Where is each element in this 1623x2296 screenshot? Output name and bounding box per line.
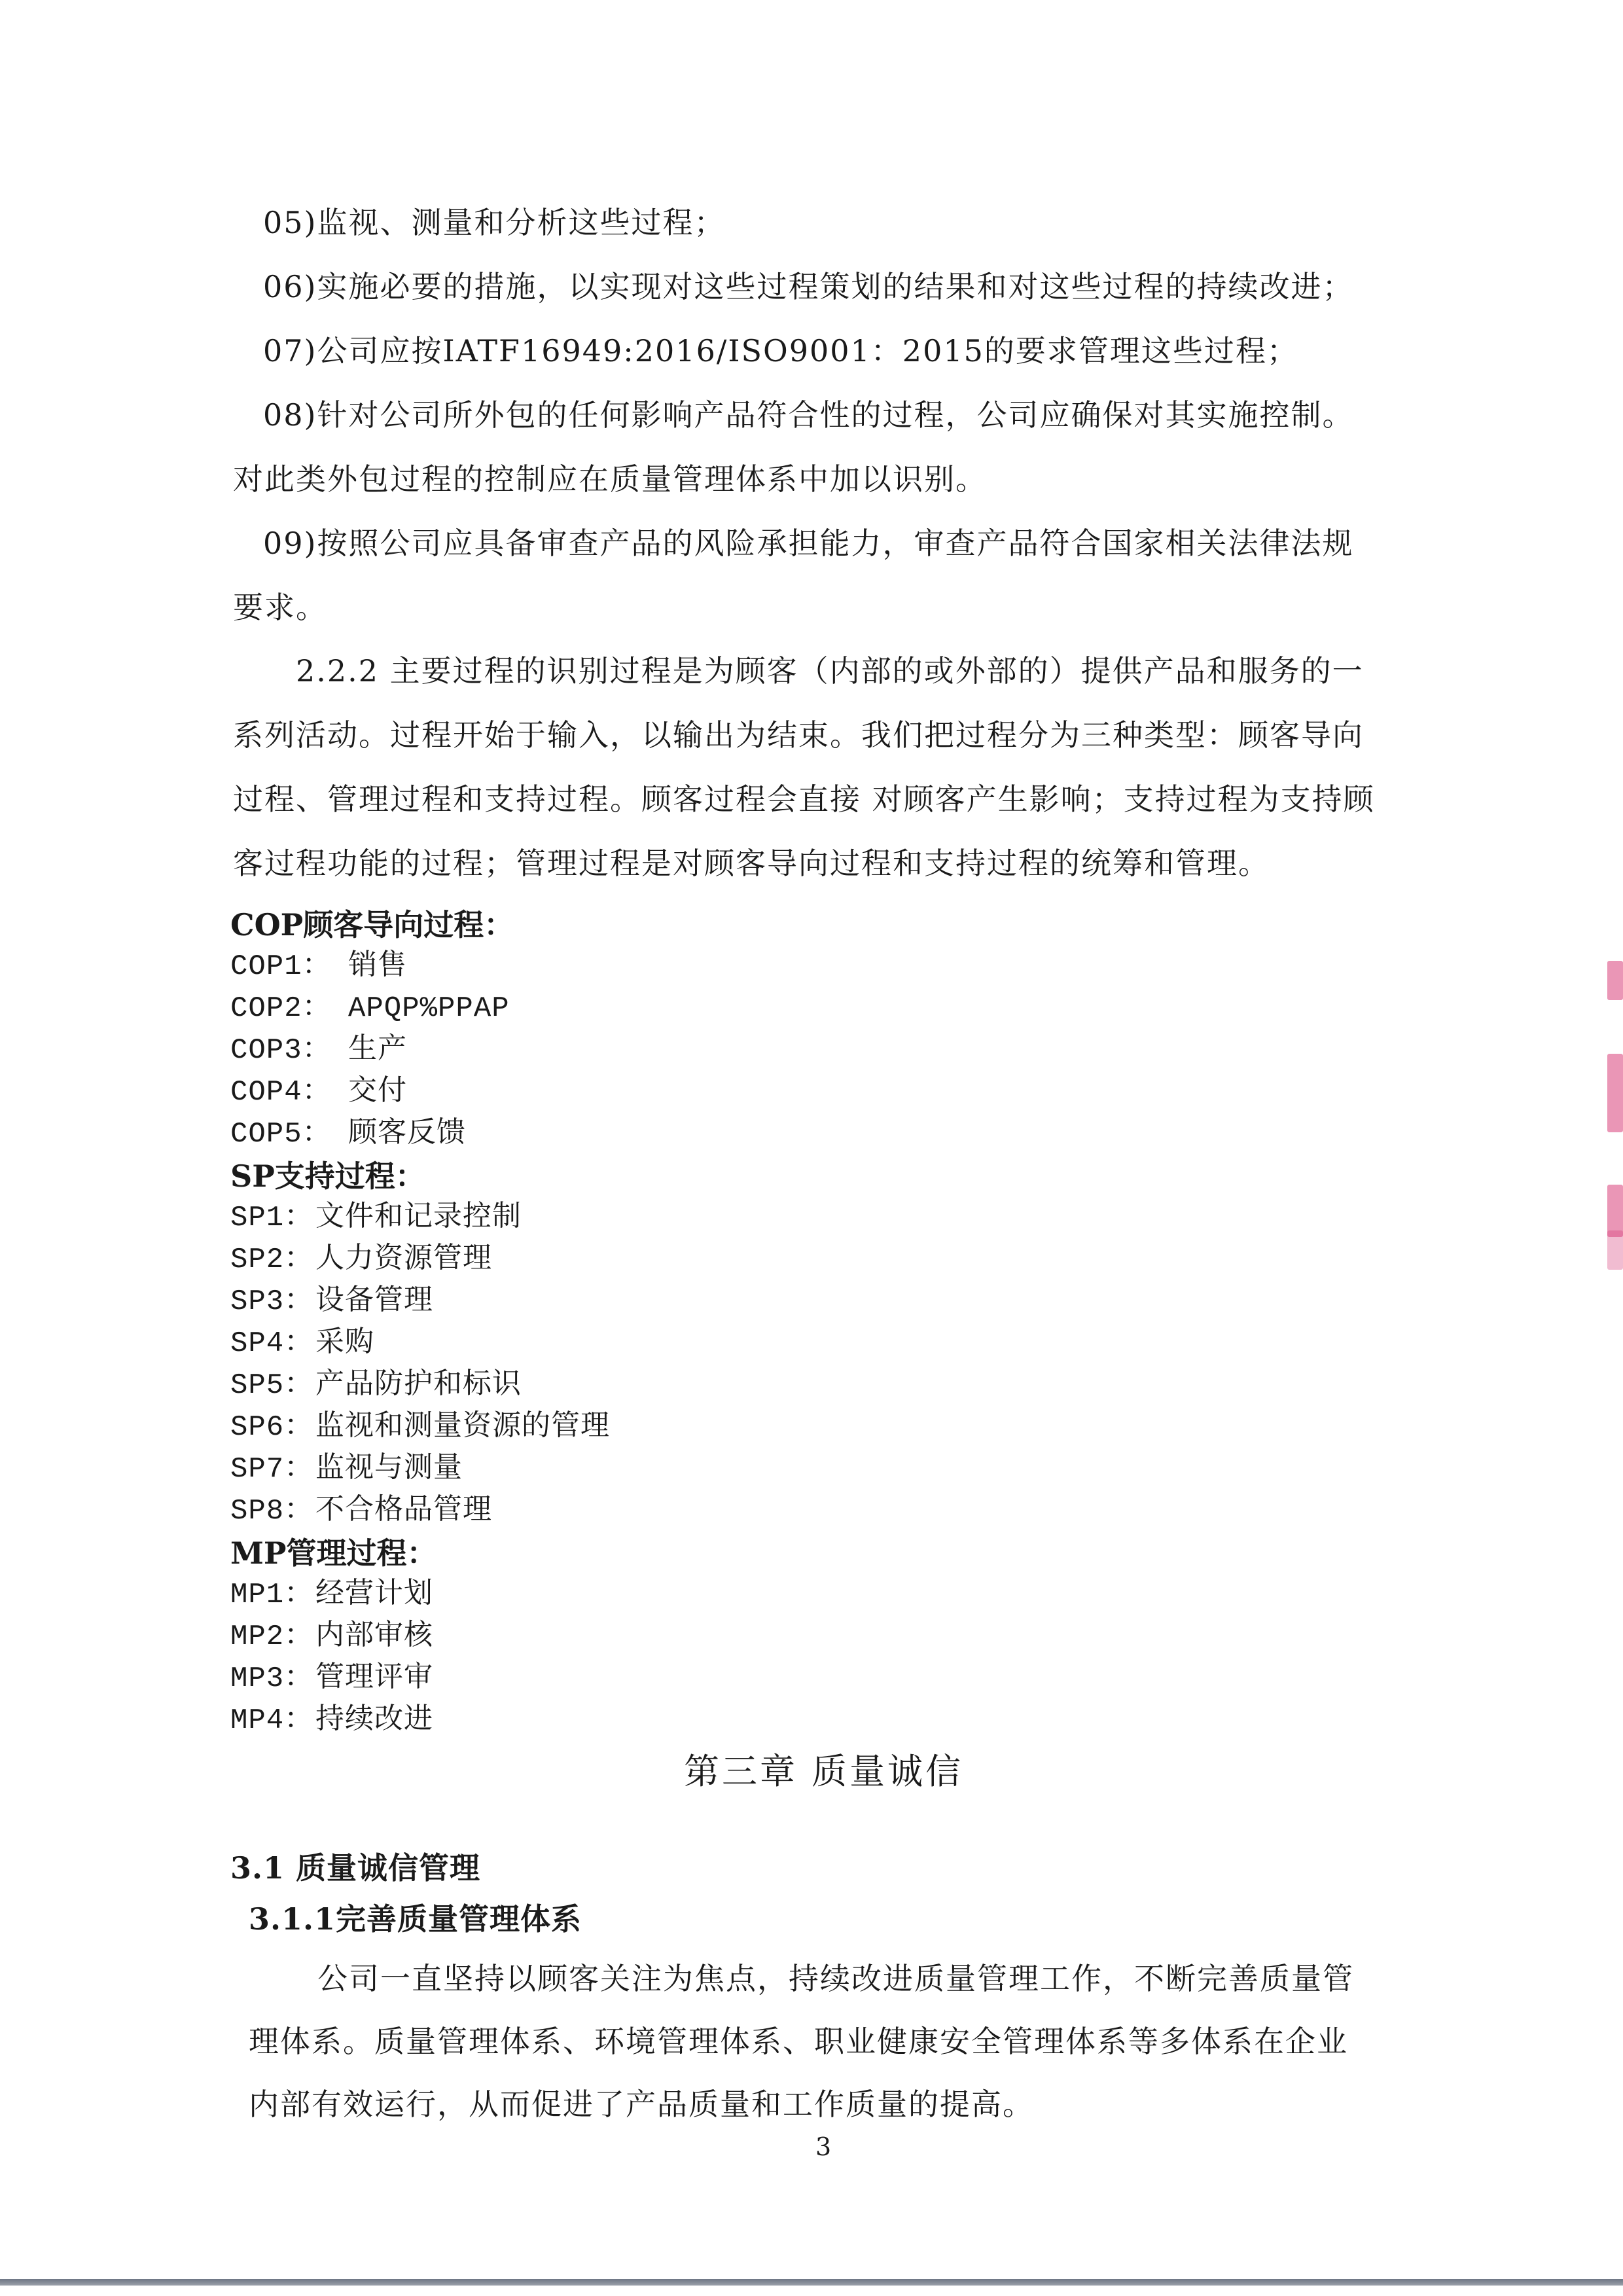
mp-code: MP3： — [230, 1659, 315, 1698]
cop-item: COP4：交付 — [230, 1073, 407, 1112]
section-311-body-line1: 公司一直坚持以顾客关注为焦点，持续改进质量管理工作，不断完善质量管 — [317, 1959, 1354, 1998]
mp-label: 经营计划 — [315, 1579, 433, 1611]
sp-label: 文件和记录控制 — [315, 1202, 522, 1234]
section-222-line4: 客过程功能的过程；管理过程是对顾客导向过程和支持过程的统筹和管理。 — [233, 844, 1270, 883]
seal-stamp-fragment — [1607, 961, 1623, 1000]
sp-code: SP8： — [230, 1492, 315, 1531]
item-09-line2: 要求。 — [233, 588, 327, 627]
sp-label: 监视与测量 — [315, 1453, 463, 1486]
item-08-line2: 对此类外包过程的控制应在质量管理体系中加以识别。 — [233, 459, 987, 499]
section-222-line1: 2.2.2 主要过程的识别过程是为顾客（内部的或外部的）提供产品和服务的一 — [296, 651, 1364, 691]
seal-stamp-fragment — [1607, 1185, 1623, 1237]
cop-label: 顾客反馈 — [348, 1118, 466, 1151]
sp-item: SP6：监视和测量资源的管理 — [230, 1408, 610, 1447]
sp-item: SP8：不合格品管理 — [230, 1492, 492, 1531]
sp-label: 设备管理 — [315, 1285, 433, 1318]
mp-code: MP1： — [230, 1575, 315, 1615]
section-222-line2: 系列活动。过程开始于输入，以输出为结束。我们把过程分为三种类型：顾客导向 — [233, 715, 1364, 755]
seal-stamp-fragment — [1607, 1230, 1623, 1270]
sp-code: SP4： — [230, 1324, 315, 1363]
mp-item: MP3：管理评审 — [230, 1659, 433, 1698]
cop-label: 生产 — [348, 1034, 407, 1067]
page-number: 3 — [815, 2130, 831, 2163]
cop-code: COP1： — [230, 947, 348, 986]
cop-label: 交付 — [348, 1076, 407, 1109]
sp-item: SP2：人力资源管理 — [230, 1240, 492, 1280]
cop-label: 销售 — [348, 950, 407, 983]
cop-code: COP4： — [230, 1073, 348, 1112]
sp-code: SP1： — [230, 1198, 315, 1238]
item-09-line1: 09)按照公司应具备审查产品的风险承担能力，审查产品符合国家相关法律法规 — [263, 524, 1353, 563]
sp-item: SP5：产品防护和标识 — [230, 1366, 522, 1405]
mp-item: MP4：持续改进 — [230, 1701, 433, 1740]
sp-heading: SP支持过程： — [230, 1157, 425, 1196]
mp-label: 管理评审 — [315, 1662, 433, 1695]
document-page: 05)监视、测量和分析这些过程； 06)实施必要的措施，以实现对这些过程策划的结… — [0, 0, 1623, 2296]
mp-item: MP1：经营计划 — [230, 1575, 433, 1615]
cop-item: COP3：生产 — [230, 1031, 407, 1070]
mp-label: 持续改进 — [315, 1704, 433, 1737]
sp-item: SP4：采购 — [230, 1324, 374, 1363]
mp-item: MP2：内部审核 — [230, 1617, 433, 1657]
section-311-body-line2: 理体系。质量管理体系、环境管理体系、职业健康安全管理体系等多体系在企业 — [249, 2022, 1348, 2061]
mp-code: MP2： — [230, 1617, 315, 1657]
sp-code: SP7： — [230, 1450, 315, 1489]
sp-code: SP3： — [230, 1282, 315, 1321]
section-31-heading: 3.1 质量诚信管理 — [230, 1848, 480, 1888]
seal-stamp-fragment — [1607, 1054, 1623, 1132]
cop-code: COP5： — [230, 1115, 348, 1154]
mp-code: MP4： — [230, 1701, 315, 1740]
section-222-line3: 过程、管理过程和支持过程。顾客过程会直接 对顾客产生影响；支持过程为支持顾 — [233, 780, 1375, 819]
sp-code: SP6： — [230, 1408, 315, 1447]
item-05: 05)监视、测量和分析这些过程； — [263, 203, 725, 242]
chapter-title: 第三章 质量诚信 — [684, 1749, 963, 1795]
mp-label: 内部审核 — [315, 1621, 433, 1653]
section-311-body-line3: 内部有效运行，从而促进了产品质量和工作质量的提高。 — [249, 2085, 1034, 2124]
sp-label: 不合格品管理 — [315, 1495, 492, 1528]
cop-code: COP2： — [230, 989, 348, 1028]
cop-item: COP5：顾客反馈 — [230, 1115, 466, 1154]
section-311-heading: 3.1.1完善质量管理体系 — [249, 1899, 582, 1939]
cop-item: COP1：销售 — [230, 947, 407, 986]
sp-code: SP2： — [230, 1240, 315, 1280]
item-07: 07)公司应按IATF16949:2016/ISO9001：2015的要求管理这… — [263, 331, 1298, 370]
cop-heading: COP顾客导向过程： — [230, 905, 514, 944]
item-06: 06)实施必要的措施，以实现对这些过程策划的结果和对这些过程的持续改进； — [263, 267, 1353, 306]
cop-code: COP3： — [230, 1031, 348, 1070]
sp-label: 产品防护和标识 — [315, 1369, 522, 1402]
sp-item: SP1：文件和记录控制 — [230, 1198, 522, 1238]
sp-label: 监视和测量资源的管理 — [315, 1411, 610, 1444]
item-08-line1: 08)针对公司所外包的任何影响产品符合性的过程，公司应确保对其实施控制。 — [263, 395, 1353, 435]
sp-item: SP3：设备管理 — [230, 1282, 433, 1321]
cop-label: APQP%PPAP — [348, 992, 510, 1025]
sp-label: 采购 — [315, 1327, 374, 1360]
cop-item: COP2：APQP%PPAP — [230, 989, 510, 1028]
mp-heading: MP管理过程： — [230, 1534, 437, 1573]
sp-label: 人力资源管理 — [315, 1244, 492, 1276]
sp-item: SP7：监视与测量 — [230, 1450, 463, 1489]
scan-bottom-edge — [0, 2279, 1623, 2286]
sp-code: SP5： — [230, 1366, 315, 1405]
